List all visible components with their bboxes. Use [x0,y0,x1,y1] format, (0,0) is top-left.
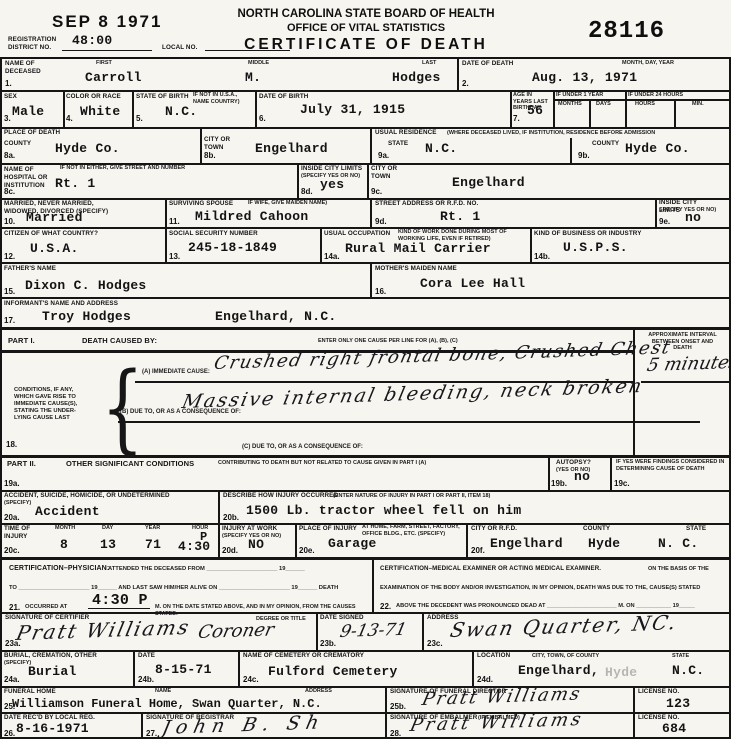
injury-year-value: 71 [145,537,161,552]
field-6-number: 6. [259,114,266,123]
hospital-sub: IF NOT IN EITHER, GIVE STREET AND NUMBER [60,165,210,172]
father-name-label: FATHER'S NAME [4,265,56,273]
grid-line [570,138,572,163]
time-of-death-line [88,608,150,609]
time-of-death-value: 4:30 P [92,592,148,609]
last-label: LAST [422,60,436,67]
burial-location-state-value: N.C. [672,663,704,678]
surviving-spouse-label: SURVIVING SPOUSE [169,200,233,208]
received-date-stamp: SEP 8 1971 [52,12,162,32]
mother-name-label: MOTHER'S MAIDEN NAME [375,265,457,273]
burial-type-value: Burial [28,664,77,679]
injury-month-value: 8 [60,537,68,552]
field-20f-number: 20f. [471,546,485,555]
grid-line [133,650,135,686]
residence-city-value: Engelhard [452,175,525,190]
industry-label: KIND OF BUSINESS OR INDUSTRY [534,230,642,238]
field-8d-number: 8d. [301,187,313,196]
last-name-value: Hodges [392,70,441,85]
field-18-number: 18. [6,440,17,449]
grid-line [63,90,65,127]
day-label: DAY [102,525,113,532]
grid-line [0,297,731,299]
part2-label: PART II. [7,459,36,468]
field-17-number: 17. [4,316,15,325]
embalmer-license-value: 684 [662,721,686,736]
burial-date-value: 8-15-71 [155,662,212,677]
date-of-death-label: DATE OF DEATH [462,60,513,68]
street-address-value: Rt. 1 [440,209,481,224]
middle-label: MIDDLE [248,60,269,67]
autopsy-value: no [574,469,590,484]
field-4-number: 4. [66,114,73,123]
pod-city-label: CITY OR TOWN [204,136,234,152]
death-certificate-scan: SEP 8 1971 NORTH CAROLINA STATE BOARD OF… [0,0,731,739]
certification-examiner-title: CERTIFICATION–MEDICAL EXAMINER OR ACTING… [380,565,601,573]
place-of-injury-sub: AT HOME, FARM, STREET, FACTORY, OFFICE B… [362,524,462,537]
age-value: 56 [527,103,543,118]
burial-date-label: DATE [138,652,155,660]
grid-line [422,612,424,650]
cause-b-line [118,421,700,423]
field-12-number: 12. [4,252,15,261]
grid-line [0,712,731,714]
document-title: CERTIFICATE OF DEATH [216,36,516,54]
if-under-24-hours-label: IF UNDER 24 HOURS [628,92,728,99]
field-26-number: 26. [4,729,15,738]
part1-label: PART I. [8,336,35,345]
grid-line [367,163,369,198]
first-name-value: Carroll [85,70,142,85]
injury-city-label: CITY OR R.F.D. [471,525,517,533]
usual-residence-sub: (WHERE DECEASED LIVED, IF INSTITUTION, R… [447,130,655,137]
occupation-label: USUAL OCCUPATION [324,230,390,238]
district-no-label: DISTRICT NO. [8,44,51,52]
grid-line [200,127,202,163]
grid-line [370,198,372,227]
field-23b-number: 23b. [320,639,336,648]
race-value: White [80,104,121,119]
surviving-spouse-sub: IF WIFE, GIVE MAIDEN NAME) [248,200,327,207]
field-25b-number: 25b. [390,702,406,711]
grid-line [589,99,591,127]
field-19c-number: 19c. [614,479,630,488]
field-24a-number: 24a. [4,675,20,684]
office-name: OFFICE OF VITAL STATISTICS [236,22,496,34]
father-name-value: Dixon C. Hodges [25,278,147,293]
conditions-label: CONDITIONS, IF ANY, WHICH GAVE RISE TO I… [14,387,92,422]
grid-line [132,90,134,127]
date-of-birth-label: DATE OF BIRTH [259,93,308,101]
describe-injury-value: 1500 Lb. tractor wheel fell on him [246,503,521,518]
field-20a-number: 20a. [4,513,20,522]
autopsy-label: AUTOPSY? [556,459,591,467]
part1-note: ENTER ONLY ONE CAUSE PER LINE FOR (a), (… [318,338,458,345]
date-signed-handwriting: 9-13-71 [338,620,408,642]
race-label: COLOR OR RACE [66,93,121,101]
field-9b-number: 9b. [578,151,590,160]
min-label: MIN. [692,101,704,108]
burial-location-sub: CITY, TOWN, OF COUNTY [532,653,599,660]
pod-inside-city-limits-label: INSIDE CITY LIMITS [301,165,363,173]
describe-injury-label: DESCRIBE HOW INJURY OCCURRED [223,492,338,500]
grid-line [370,127,372,163]
burial-type-label: BURIAL, CREMATION, OTHER [4,652,104,660]
grid-line [510,90,512,127]
time-of-injury-label: TIME OF INJURY [4,525,34,541]
field-9d-number: 9d. [375,217,387,226]
street-address-label: STREET ADDRESS OR R.F.D. No. [375,200,478,208]
injury-day-value: 13 [100,537,116,552]
director-license-label: LICENSE NO. [638,688,679,696]
injury-state-value: N. C. [658,536,699,551]
pod-city-value: Engelhard [255,141,328,156]
field-14b-number: 14b. [534,252,550,261]
sex-value: Male [12,104,44,119]
place-of-injury-label: PLACE OF INJURY [299,525,357,533]
grid-line [370,262,372,297]
grid-line [297,163,299,198]
due-to-c-label: (c) DUE TO, OR AS A CONSEQUENCE OF: [242,444,363,451]
field-20b-number: 20b. [223,513,239,522]
part2-title: OTHER SIGNIFICANT CONDITIONS [66,459,194,468]
grid-line [295,523,297,557]
mother-name-value: Cora Lee Hall [420,276,525,291]
funeral-home-label: FUNERAL HOME [4,688,56,696]
field-21-number: 21. [9,603,20,612]
occupation-value: Rural Mail Carrier [345,241,491,256]
residence-inside-city-limits-value: no [685,210,701,225]
grid-line [655,198,657,227]
pod-inside-city-limits-value: yes [320,177,344,192]
grid-line [0,557,731,560]
usual-residence-header: USUAL RESIDENCE [375,129,437,137]
sex-label: SEX [4,93,17,101]
funeral-home-value: Williamson Funeral Home, Swan Quarter, N… [12,697,322,711]
grid-line [0,127,731,129]
informant-address-value: Engelhard, N.C. [215,309,337,324]
date-of-death-sub: MONTH, DAY, YEAR [622,60,674,67]
field-22-number: 22. [380,602,391,611]
state-of-birth-sub: IF NOT IN U.S.A., NAME COUNTRY) [193,92,251,105]
manner-of-death-value: Accident [35,504,100,519]
local-no-label: LOCAL NO. [162,44,197,52]
conditions-brace: { [101,352,144,464]
ssn-value: 245-18-1849 [188,240,277,255]
citizen-label: CITIZEN OF WHAT COUNTRY? [4,230,98,238]
surviving-spouse-value: Mildred Cahoon [195,209,308,224]
grid-line [633,712,635,739]
months-label: MONTHS [558,101,582,108]
date-received-value: 8-16-1971 [16,721,89,736]
ssn-label: SOCIAL SECURITY NUMBER [169,230,258,238]
field-23c-number: 23c. [427,639,443,648]
field-2-number: 2. [462,79,469,88]
immediate-cause-label: (a) IMMEDIATE CAUSE: [142,369,210,376]
hospital-value: Rt. 1 [55,176,96,191]
place-of-injury-value: Garage [328,536,377,551]
grid-line [218,490,220,523]
local-no-line [205,50,290,51]
describe-injury-sub: (ENTER NATURE OF INJURY IN PART I OR PAR… [333,493,490,500]
pod-county-label: COUNTY [4,140,31,148]
occurred-at-label: OCCURRED AT [25,604,67,611]
grid-line [0,686,731,688]
informant-label: INFORMANT'S NAME AND ADDRESS [4,300,118,308]
date-of-birth-value: July 31, 1915 [300,102,405,117]
injury-at-work-label: INJURY AT WORK [222,525,282,533]
manner-of-death-label: ACCIDENT, SUICIDE, HOMICIDE, OR UNDETERM… [4,492,184,500]
days-label: DAYS [596,101,611,108]
grid-line [0,327,731,330]
grid-line [466,523,468,557]
grid-line [165,227,167,262]
part1-title: DEATH CAUSED BY: [82,336,157,345]
field-5-number: 5. [136,114,143,123]
field-24d-number: 24d. [477,675,493,684]
part2-note: CONTRIBUTING TO DEATH BUT NOT RELATED TO… [218,460,426,467]
grid-line [548,455,550,490]
middle-name-value: M. [245,70,261,85]
state-of-birth-value: N.C. [165,104,197,119]
if-under-1-year-label: IF UNDER 1 YEAR [556,92,626,99]
field-24b-number: 24b. [138,675,154,684]
field-10-number: 10. [4,217,15,226]
grid-line [633,686,635,712]
findings-label: IF YES WERE FINDINGS CONSIDERED IN DETER… [616,459,726,472]
registration-label: REGISTRATION [8,36,56,44]
grid-line [385,686,387,712]
certificate-number: 28116 [588,18,665,45]
interval-line [641,381,729,383]
injury-city-value: Engelhard [490,536,563,551]
place-of-death-header: PLACE OF DEATH [4,129,60,137]
field-19a-number: 19a. [4,479,20,488]
field-7-number: 7. [513,114,520,123]
field-15-number: 15. [4,287,15,296]
year-label: YEAR [145,525,160,532]
state-of-birth-label: STATE OF BIRTH [136,93,191,101]
field-8c-number: 8c. [4,187,15,196]
field-13-number: 13. [169,252,180,261]
certification-physician-line1: I ATTENDED THE DECEASED FROM ___________… [105,566,367,573]
field-8b-number: 8b. [204,151,216,160]
first-label: FIRST [96,60,112,67]
citizen-value: U.S.A. [30,241,79,256]
grid-line [165,198,167,227]
field-9a-number: 9a. [378,151,389,160]
residence-city-label: CITY OR TOWN [371,165,401,181]
injury-hour-ampm: P [200,530,208,544]
field-8a-number: 8a. [4,151,15,160]
marital-status-value: Married [26,210,83,225]
certification-examiner-line2: EXAMINATION OF THE BODY AND/OR INVESTIGA… [380,585,728,592]
district-no-line [62,50,152,51]
grid-line [674,99,676,127]
grid-line [316,612,318,650]
district-no-value: 48:00 [72,33,113,48]
burial-location-label: LOCATION [477,652,510,660]
field-24c-number: 24c. [243,675,259,684]
interval-handwriting: 5 minutes [645,352,731,376]
grid-line [0,227,731,229]
cemetery-label: NAME OF CEMETERY OR CREMATORY [243,652,364,660]
field-20c-number: 20c. [4,546,20,555]
grid-line [218,523,220,557]
burial-location-faint-text: Hyde [605,665,637,680]
grid-line [320,227,322,262]
field-11-number: 11. [169,217,180,226]
field-9c-number: 9c. [371,187,382,196]
field-3-number: 3. [4,114,11,123]
field-20d-number: 20d. [222,546,238,555]
grid-line [530,227,532,262]
grid-line [385,712,387,739]
residence-state-label: STATE [388,140,408,148]
grid-line [457,57,459,90]
certification-examiner-line3: ABOVE THE DECEDENT WAS PRONOUNCED DEAD A… [396,603,728,610]
field-20e-number: 20e. [299,546,315,555]
pod-county-value: Hyde Co. [55,141,120,156]
grid-line [372,557,374,612]
burial-location-value: Engelhard, [518,663,599,678]
month-label: MONTH [55,525,75,532]
degree-or-title-handwriting: Coroner [196,619,276,643]
certification-physician-title: CERTIFICATION–PHYSICIAN: [9,565,109,574]
grid-line [0,650,731,652]
field-14a-number: 14a. [324,252,340,261]
field-27-number: 27. [146,729,157,738]
field-28-number: 28. [390,729,401,738]
field-16-number: 16. [375,287,386,296]
residence-state-value: N.C. [425,141,457,156]
injury-at-work-value: NO [248,537,264,552]
injury-county-label: COUNTY [583,525,610,533]
hours-label: HOURS [635,101,655,108]
cemetery-value: Fulford Cemetery [268,664,398,679]
grid-line [0,262,731,264]
certification-physician-line2: TO ______________________ 19______ AND L… [9,585,369,592]
certification-examiner-basis: ON THE BASIS OF THE [648,566,728,573]
grid-line [610,455,612,490]
field-19b-number: 19b. [551,479,567,488]
funeral-home-name-label: NAME [155,688,171,695]
field-1-number: 1. [5,79,12,88]
grid-line [238,650,240,686]
residence-county-label: COUNTY [592,140,619,148]
funeral-home-address-label: ADDRESS [305,688,332,695]
grid-line [472,650,474,686]
residence-county-value: Hyde Co. [625,141,690,156]
informant-name-value: Troy Hodges [42,309,131,324]
burial-location-state-label: STATE [672,653,689,660]
industry-value: U.S.P.S. [563,240,628,255]
grid-line [553,90,555,127]
director-license-value: 123 [666,696,690,711]
name-of-deceased-label: NAME OF DECEASED [5,60,45,76]
injury-county-value: Hyde [588,536,620,551]
grid-line [255,90,257,127]
date-of-death-value: Aug. 13, 1971 [532,70,637,85]
field-9e-number: 9e. [659,217,670,226]
injury-state-label: STATE [686,525,706,533]
manner-of-death-sub: (SPECIFY) [4,500,31,507]
board-name: NORTH CAROLINA STATE BOARD OF HEALTH [236,8,496,20]
grid-line [141,712,143,739]
